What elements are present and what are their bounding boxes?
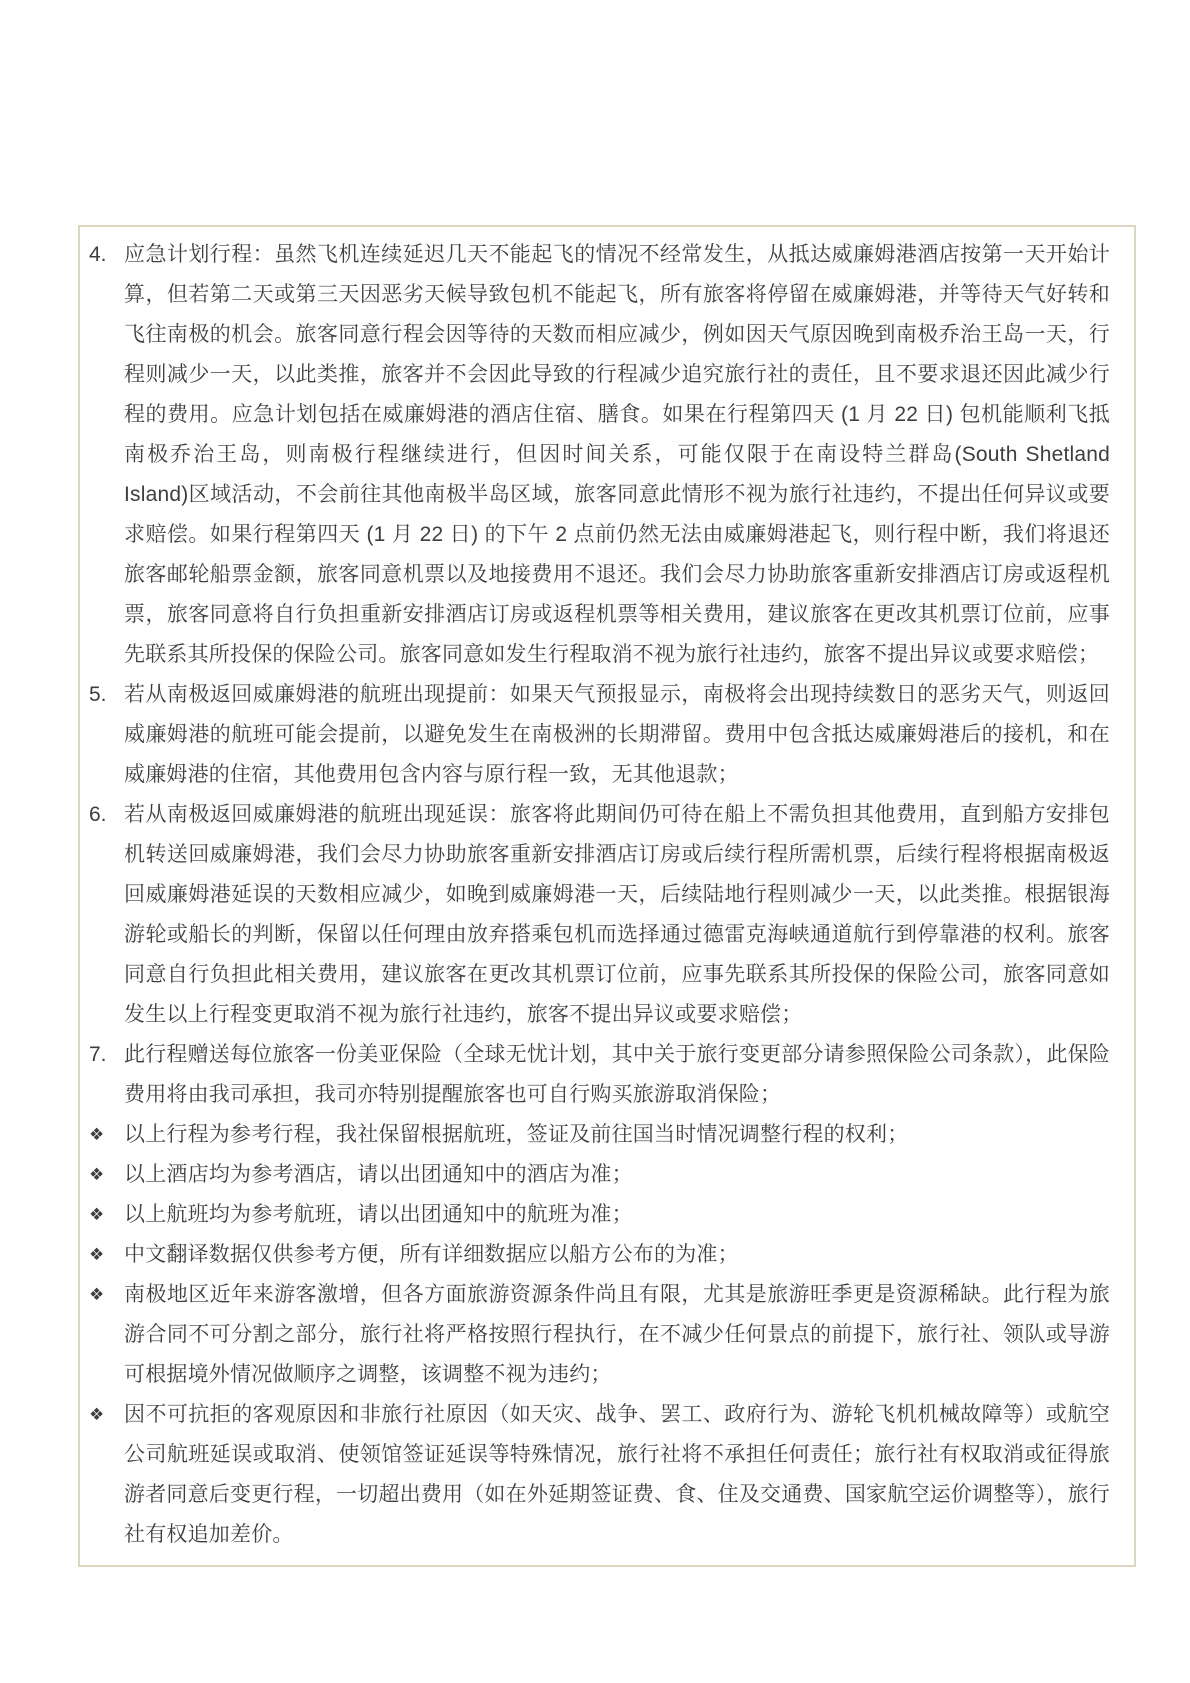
- item-marker: 7.: [86, 1035, 124, 1075]
- list-item: ❖ 中文翻译数据仅供参考方便，所有详细数据应以船方公布的为准；: [86, 1235, 1110, 1275]
- diamond-bullet-icon: ❖: [86, 1235, 124, 1275]
- list-item: 7. 此行程赠送每位旅客一份美亚保险（全球无忧计划，其中关于旅行变更部分请参照保…: [86, 1035, 1110, 1115]
- list-item: 5. 若从南极返回威廉姆港的航班出现提前：如果天气预报显示，南极将会出现持续数日…: [86, 675, 1110, 795]
- list-item: ❖ 因不可抗拒的客观原因和非旅行社原因（如天灾、战争、罢工、政府行为、游轮飞机机…: [86, 1395, 1110, 1555]
- item-text: 以上航班均为参考航班，请以出团通知中的航班为准；: [124, 1195, 1110, 1235]
- list-item: 6. 若从南极返回威廉姆港的航班出现延误：旅客将此期间仍可待在船上不需负担其他费…: [86, 795, 1110, 1035]
- diamond-bullet-icon: ❖: [86, 1155, 124, 1195]
- list-item: ❖ 以上航班均为参考航班，请以出团通知中的航班为准；: [86, 1195, 1110, 1235]
- item-marker: 6.: [86, 795, 124, 835]
- item-text: 若从南极返回威廉姆港的航班出现提前：如果天气预报显示，南极将会出现持续数日的恶劣…: [124, 675, 1110, 795]
- item-marker: 4.: [86, 235, 124, 275]
- item-marker: 5.: [86, 675, 124, 715]
- item-text: 以上酒店均为参考酒店，请以出团通知中的酒店为准；: [124, 1155, 1110, 1195]
- item-text: 中文翻译数据仅供参考方便，所有详细数据应以船方公布的为准；: [124, 1235, 1110, 1275]
- notes-box: 4. 应急计划行程：虽然飞机连续延迟几天不能起飞的情况不经常发生，从抵达威廉姆港…: [78, 225, 1136, 1567]
- list-item: ❖ 以上酒店均为参考酒店，请以出团通知中的酒店为准；: [86, 1155, 1110, 1195]
- list-item: 4. 应急计划行程：虽然飞机连续延迟几天不能起飞的情况不经常发生，从抵达威廉姆港…: [86, 235, 1110, 675]
- diamond-bullet-icon: ❖: [86, 1395, 124, 1435]
- item-text: 因不可抗拒的客观原因和非旅行社原因（如天灾、战争、罢工、政府行为、游轮飞机机械故…: [124, 1395, 1110, 1555]
- diamond-bullet-icon: ❖: [86, 1115, 124, 1155]
- item-text: 南极地区近年来游客激增，但各方面旅游资源条件尚且有限，尤其是旅游旺季更是资源稀缺…: [124, 1275, 1110, 1395]
- diamond-bullet-icon: ❖: [86, 1195, 124, 1235]
- item-text: 若从南极返回威廉姆港的航班出现延误：旅客将此期间仍可待在船上不需负担其他费用，直…: [124, 795, 1110, 1035]
- diamond-bullet-icon: ❖: [86, 1275, 124, 1315]
- list-item: ❖ 南极地区近年来游客激增，但各方面旅游资源条件尚且有限，尤其是旅游旺季更是资源…: [86, 1275, 1110, 1395]
- list-item: ❖ 以上行程为参考行程，我社保留根据航班，签证及前往国当时情况调整行程的权利；: [86, 1115, 1110, 1155]
- item-text: 以上行程为参考行程，我社保留根据航班，签证及前往国当时情况调整行程的权利；: [124, 1115, 1110, 1155]
- item-text: 应急计划行程：虽然飞机连续延迟几天不能起飞的情况不经常发生，从抵达威廉姆港酒店按…: [124, 235, 1110, 675]
- item-text: 此行程赠送每位旅客一份美亚保险（全球无忧计划，其中关于旅行变更部分请参照保险公司…: [124, 1035, 1110, 1115]
